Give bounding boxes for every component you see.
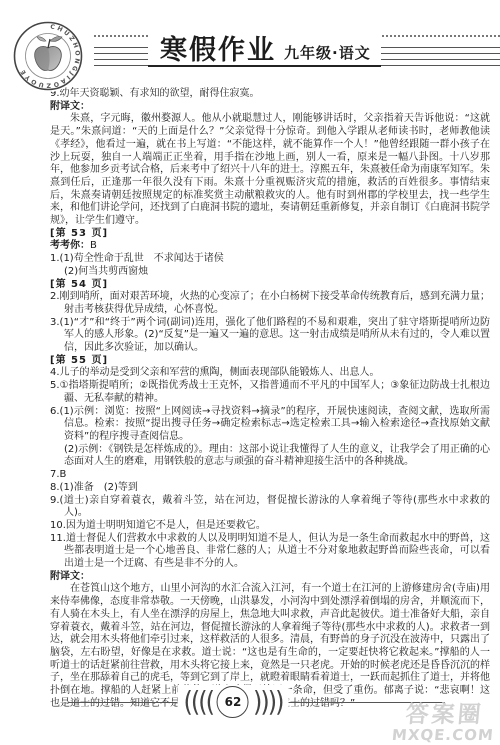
booklet-title-main: 寒假作业 bbox=[160, 37, 276, 65]
booklet-title: 寒假作业 九年级·语文 bbox=[148, 28, 381, 67]
answer-6-2: (2)示例：《钢铁是怎样炼成的》。理由：这部小说让我懂得了人生的意义，让我学会了… bbox=[64, 444, 490, 469]
answer-10: 10.因为道士明明知道它不是人，但是还要救它。 bbox=[50, 520, 490, 533]
watermark-site: MXQE.COM bbox=[391, 728, 494, 745]
answer-11: 11.道士督促人们营救水中求救的人以及明明知道不是人，但认为是一条生命而救起水中… bbox=[50, 533, 490, 571]
answer-1-2: (2)何当共剪西窗烛 bbox=[64, 266, 490, 279]
fuyiwen-label-1: 附译文： bbox=[50, 101, 490, 114]
kaokaoni: 考考你：B bbox=[50, 240, 490, 253]
answer-7: 7.B bbox=[50, 469, 490, 482]
pageref-53: [第 53 页] bbox=[50, 228, 490, 241]
answer-9-top: 9.幼年天资聪颖、有求知的欲望，耐得住寂寞。 bbox=[50, 88, 490, 101]
watermark-brand: 答案圈 bbox=[393, 703, 497, 727]
watermark: 答案圈 MXQE.COM bbox=[391, 703, 496, 744]
answer-4: 4.儿子的举动是受到父亲和军营的熏陶，侧面表现部队能锻炼人、出息人。 bbox=[50, 367, 490, 380]
answer-9: 9.(道士)亲自穿着蓑衣，戴着斗笠，站在河边，督促擅长游泳的人拿着绳子等待(那些… bbox=[50, 495, 490, 520]
answer-1-1: 1.(1)苟全性命于乱世 不求闻达于诸侯 bbox=[50, 253, 490, 266]
booklet-title-subject: 九年级·语文 bbox=[284, 42, 371, 65]
answer-6-1: 6.(1)示例：浏览：按照“上网阅读→寻找资料→摘录”的程序，开展快速阅读，查阅… bbox=[50, 406, 490, 444]
answer-2: 2.刚到哨所，面对艰苦环境，火热的心变凉了；在小白杨树下接受革命传统教育后，感到… bbox=[50, 291, 490, 316]
ornament-arcs-right: )))) bbox=[253, 688, 282, 716]
answer-5: 5.①指塔斯提哨所；②既指优秀战士王克怀，又指普通而不平凡的中国军人；③象征边防… bbox=[50, 380, 490, 405]
kaokaoni-prefix: 考考你： bbox=[50, 240, 90, 251]
ornament-arcs-left: (((( bbox=[184, 688, 213, 716]
answer-3: 3.(1)“才”和“终于”两个词(副词)连用，强化了他们路程的不易和艰难，突出了… bbox=[50, 317, 490, 355]
page-number-ornament: (((( 62 )))) bbox=[178, 685, 289, 719]
pageref-54: [第 54 页] bbox=[50, 279, 490, 292]
masthead: CHUZHONGJIAOZUOYE 寒假作业 九年级·语文 bbox=[0, 20, 500, 90]
page-number: 62 bbox=[217, 686, 249, 718]
fuyiwen-label-2: 附译文： bbox=[50, 571, 490, 584]
answer-8: 8.(1)准备 (2)等到 bbox=[50, 482, 490, 495]
answers: 9.幼年天资聪颖、有求知的欲望，耐得住寂寞。附译文：朱熹，字元晦，徽州婺源人。他… bbox=[50, 88, 490, 710]
pageref-55: [第 55 页] bbox=[50, 355, 490, 368]
publisher-logo-apple-icon: CHUZHONGJIAOZUOYE bbox=[12, 20, 84, 92]
translation-zhuxi: 朱熹，字元晦，徽州婺源人。他从小就聪慧过人，刚能够讲话时，父亲指着天告诉他说：“… bbox=[50, 113, 490, 227]
